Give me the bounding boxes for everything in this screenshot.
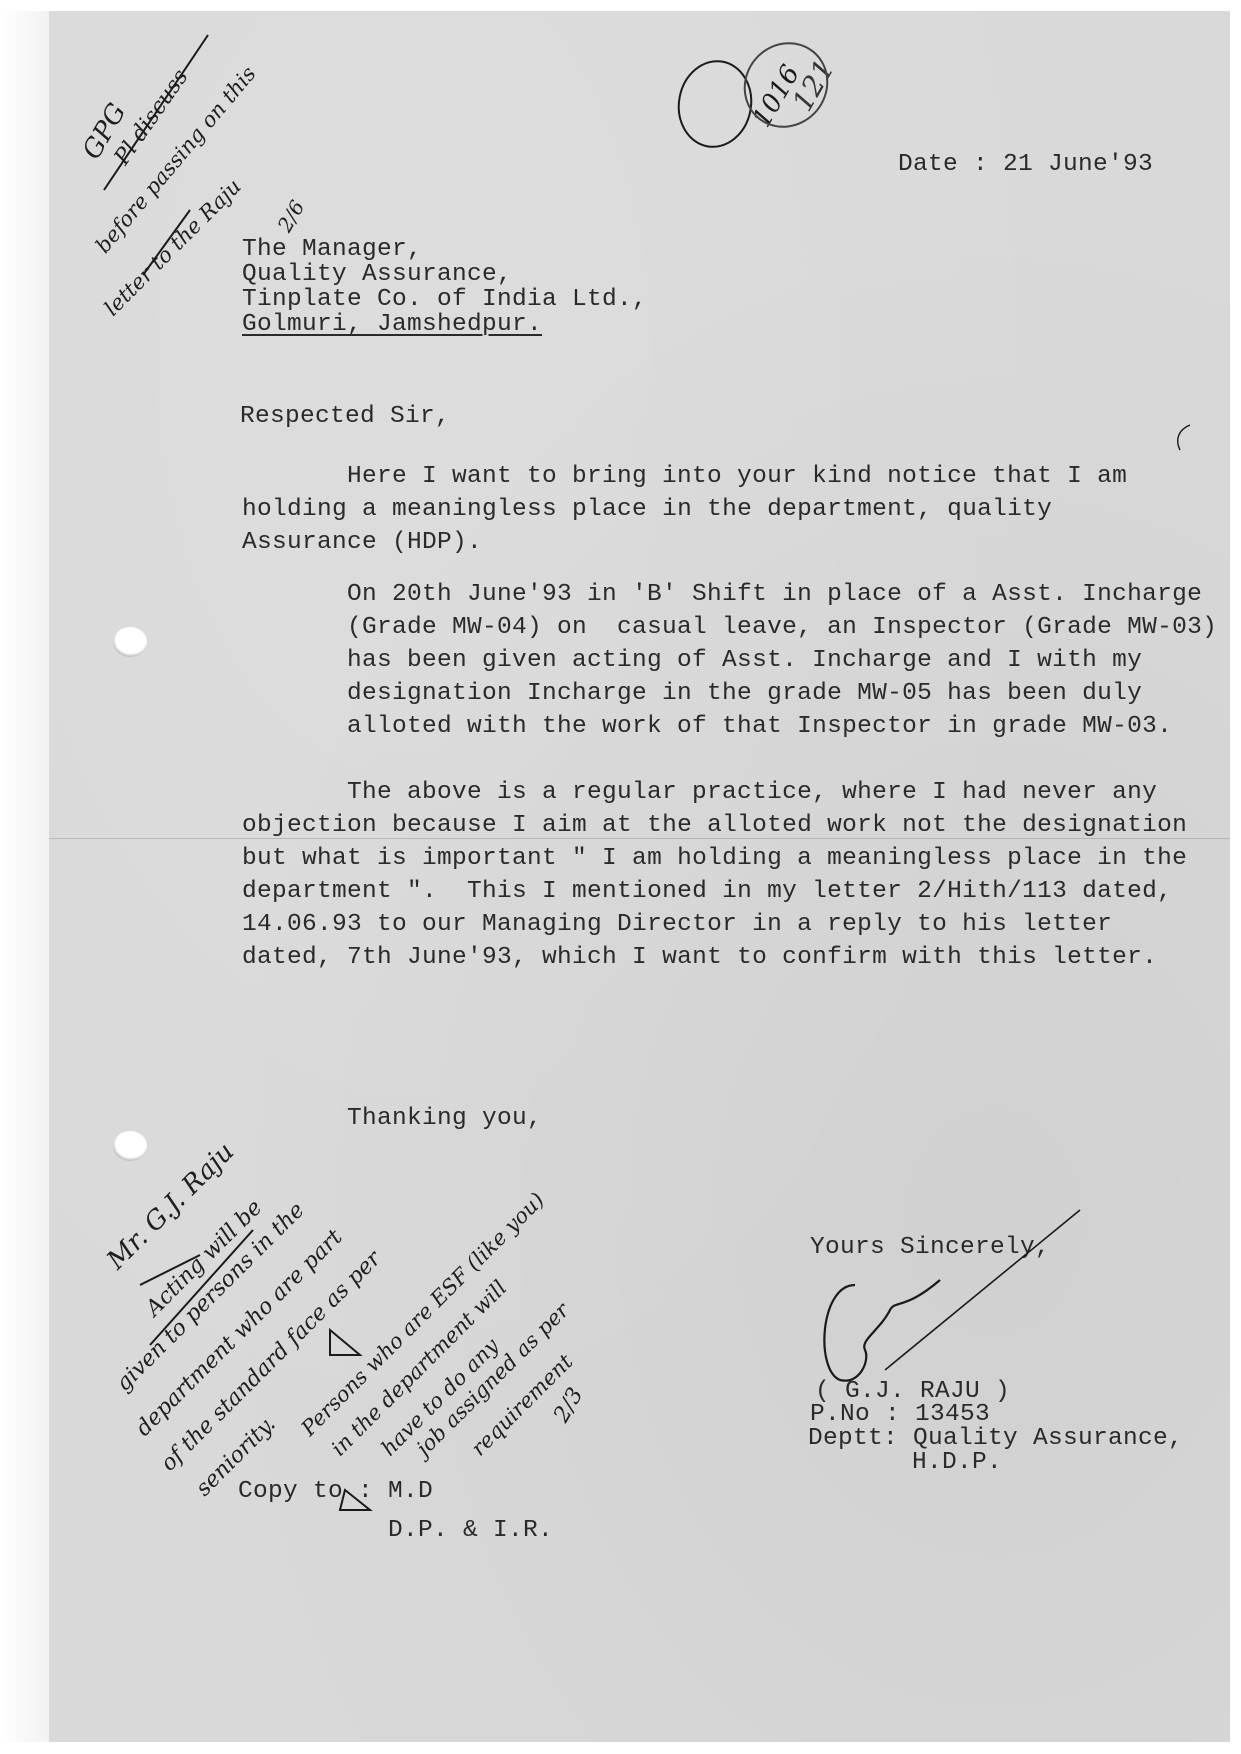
body-line: but what is important " I am holding a m… — [242, 842, 1187, 875]
punch-hole-bottom — [113, 1131, 147, 1161]
body-line: holding a meaningless place in the depar… — [242, 493, 1052, 526]
recipient-line: The Manager, — [242, 237, 422, 262]
body-line: On 20th June'93 in 'B' Shift in place of… — [347, 578, 1202, 611]
body-line: department ". This I mentioned in my let… — [242, 875, 1172, 908]
signatory-dept-unit: H.D.P. — [912, 1451, 1002, 1475]
punch-hole-top — [113, 627, 147, 657]
salutation: Respected Sir, — [240, 400, 450, 433]
body-line: designation Incharge in the grade MW-05 … — [347, 677, 1142, 710]
body-line: Here I want to bring into your kind noti… — [347, 460, 1127, 493]
signatory-pno: P.No : 13453 — [810, 1403, 990, 1427]
copy-to: Copy to : M.D — [238, 1477, 433, 1507]
valediction: Yours Sincerely, — [810, 1231, 1050, 1264]
body-line: 14.06.93 to our Managing Director in a r… — [242, 908, 1112, 941]
scan-margin — [0, 11, 49, 1742]
signatory-dept: Deptt: Quality Assurance, — [808, 1427, 1183, 1451]
letter-date: Date : 21 June'93 — [898, 148, 1153, 181]
recipient-line: Tinplate Co. of India Ltd., — [242, 287, 647, 312]
body-line: has been given acting of Asst. Incharge … — [347, 644, 1142, 677]
body-line: The above is a regular practice, where I… — [347, 776, 1157, 809]
recipient-line: Quality Assurance, — [242, 262, 512, 287]
copy-to-2: D.P. & I.R. — [388, 1516, 553, 1546]
closing: Thanking you, — [347, 1102, 542, 1135]
recipient-line: Golmuri, Jamshedpur. — [242, 312, 542, 337]
body-line: objection because I aim at the alloted w… — [242, 809, 1187, 842]
body-line: Assurance (HDP). — [242, 526, 482, 559]
body-line: dated, 7th June'93, which I want to conf… — [242, 941, 1157, 974]
body-line: alloted with the work of that Inspector … — [347, 710, 1172, 743]
body-line: (Grade MW-04) on casual leave, an Inspec… — [347, 611, 1217, 644]
